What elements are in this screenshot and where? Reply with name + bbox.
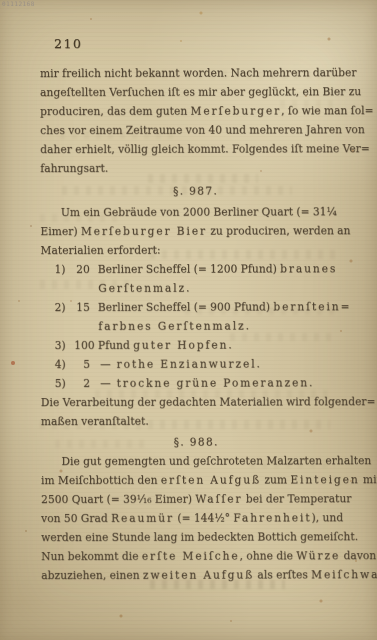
text-segment: bei der Temperatur: [242, 491, 351, 505]
text-segment: fahrungsart.: [40, 161, 108, 175]
list-item-quantity: 20: [74, 260, 90, 279]
emphasized-word: bernſtein=: [273, 299, 351, 313]
text-line: Materialien erfordert:: [40, 240, 351, 260]
text-segment: von 50 Grad: [41, 511, 111, 525]
list-item: 5)2 —trockne grüne Pomeranzen.: [41, 373, 352, 393]
text-segment: maßen veranſtaltet.: [41, 414, 149, 428]
text-line: maßen veranſtaltet.: [41, 411, 352, 431]
emphasized-word: guter Hopfen.: [133, 337, 234, 351]
ditto-dash: —: [98, 355, 113, 374]
text-line: werden eine Stunde lang im bedeckten Bot…: [41, 527, 352, 547]
list-item: 3)100 Pfund guter Hopfen.: [41, 335, 352, 355]
text-line: Um ein Gebräude von 2000 Berliner Quart …: [40, 202, 351, 222]
emphasized-word: braunes: [280, 261, 337, 275]
text-line: Die gut gemengten und geſchroteten Malza…: [41, 451, 352, 471]
text-line: Die Verarbeitung der gedachten Materiali…: [41, 392, 352, 412]
text-line: abzuziehen, einen zweiten Aufguß als erſ…: [41, 565, 352, 585]
list-item-number: 5): [55, 374, 75, 393]
text-line: Eimer) Merſeburger Bier zu produciren, w…: [40, 221, 351, 241]
emphasized-word: Merſeburger Bier: [81, 224, 207, 238]
text-segment: zum: [261, 472, 290, 486]
text-segment: Pfund: [98, 338, 133, 352]
emphasized-word: Meiſchwaſ=: [311, 567, 377, 581]
text-segment: Um ein Gebräude von 2000 Berliner Quart …: [61, 204, 337, 219]
text-segment: ches vor einem Zeitraume von 40 und mehr…: [40, 122, 365, 137]
text-segment: Materialien erfordert:: [40, 243, 160, 257]
text-segment: im Meiſchbottich den: [41, 473, 161, 487]
text-segment: Die gut gemengten und geſchroteten Malza…: [61, 453, 371, 468]
book-page-scan: 01112168 210 mir freilich nicht bekannt …: [0, 0, 377, 640]
list-item-number: 4): [55, 355, 75, 374]
text-segment: angeſtellten Verſuchen iſt es mir aber g…: [40, 84, 361, 99]
list-item: 4)5 —rothe Enzianwurzel.: [41, 354, 352, 374]
list-item-number: 1): [54, 260, 74, 279]
text-segment: Berliner Scheffel (= 1200 Pfund): [98, 261, 280, 276]
text-segment: ), und: [311, 510, 343, 524]
text-segment: davon: [340, 548, 376, 562]
list-item-continuation: Gerſtenmalz.: [41, 278, 352, 298]
text-line: von 50 Grad Reaumür (= 144½° Fahrenheit)…: [41, 508, 352, 528]
emphasized-word: erſten Aufguß: [161, 472, 261, 486]
text-line: mir freilich nicht bekannt worden. Nach …: [40, 63, 351, 83]
emphasized-word: farbnes Gerſtenmalz.: [98, 318, 251, 332]
emphasized-word: erſte Meiſche: [142, 548, 240, 562]
emphasized-word: Merſeburger: [190, 103, 281, 117]
list-item: 2)15 Berliner Scheffel (= 900 Pfund) ber…: [41, 297, 352, 317]
ditto-dash: —: [98, 374, 113, 393]
list-item-number: 2): [55, 298, 75, 317]
section-number: §. 987.: [173, 183, 218, 197]
emphasized-word: zweiten Aufguß: [143, 567, 254, 581]
list-item-quantity: 2: [74, 374, 90, 393]
text-line: Nun bekommt die erſte Meiſche, ohne die …: [41, 546, 352, 566]
emphasized-word: Würze: [296, 548, 340, 562]
emphasized-word: Reaumür: [111, 511, 174, 525]
text-segment: Berliner Scheffel (= 900 Pfund): [98, 299, 274, 313]
page-text-block: mir freilich nicht bekannt worden. Nach …: [40, 63, 352, 585]
text-line: daher erhielt, völlig gleich kommt. Folg…: [40, 139, 351, 159]
text-segment: als erſtes: [254, 567, 311, 581]
scan-artifact-number: 01112168: [2, 1, 35, 8]
text-segment: Nun bekommt die: [41, 549, 142, 563]
emphasized-word: Gerſtenmalz.: [98, 281, 191, 295]
emphasized-word: Waſſer: [195, 491, 242, 505]
text-segment: zu produciren, werden an: [207, 223, 351, 237]
text-segment: , ohne die: [240, 548, 297, 562]
page-number: 210: [54, 36, 82, 51]
emphasized-word: Fahrenheit: [233, 510, 311, 524]
text-segment: Die Verarbeitung der gedachten Materiali…: [41, 394, 376, 409]
list-item-number: 3): [55, 336, 75, 355]
text-segment: 2500 Quart (= 39¹⁄₁₆ Eimer): [41, 492, 195, 506]
text-line: ches vor einem Zeitraume von 40 und mehr…: [40, 120, 351, 140]
text-segment: produciren, das dem guten: [40, 104, 190, 118]
text-segment: werden eine Stunde lang im bedeckten Bot…: [41, 529, 358, 544]
list-item: 1)20 Berliner Scheffel (= 1200 Pfund) br…: [40, 259, 351, 279]
text-segment: , ſo wie man ſol=: [281, 103, 373, 117]
text-segment: Eimer): [40, 224, 81, 238]
list-item-quantity: 100: [74, 336, 90, 355]
text-segment: (= 144½°: [174, 510, 233, 524]
list-item-continuation: farbnes Gerſtenmalz.: [41, 316, 352, 336]
text-segment: mit: [360, 472, 377, 486]
emphasized-word: rothe Enzianwurzel.: [117, 356, 262, 370]
text-segment: abzuziehen, einen: [41, 568, 143, 582]
section-heading-987: §. 987.: [40, 181, 351, 201]
text-line: im Meiſchbottich den erſten Aufguß zum E…: [41, 470, 352, 490]
section-heading-988: §. 988.: [41, 432, 352, 452]
text-segment: mir freilich nicht bekannt worden. Nach …: [40, 65, 357, 80]
text-line: fahrungsart.: [40, 158, 351, 178]
emphasized-word: Einteigen: [290, 472, 359, 486]
text-segment: daher erhielt, völlig gleich kommt. Folg…: [40, 141, 370, 156]
section-number: §. 988.: [174, 434, 219, 448]
text-line: 2500 Quart (= 39¹⁄₁₆ Eimer) Waſſer bei d…: [41, 489, 352, 509]
text-line: produciren, das dem guten Merſeburger, ſ…: [40, 101, 351, 121]
text-line: angeſtellten Verſuchen iſt es mir aber g…: [40, 82, 351, 102]
emphasized-word: trockne grüne Pomeranzen.: [117, 375, 315, 390]
list-item-quantity: 5: [74, 355, 90, 374]
list-item-quantity: 15: [74, 298, 90, 317]
